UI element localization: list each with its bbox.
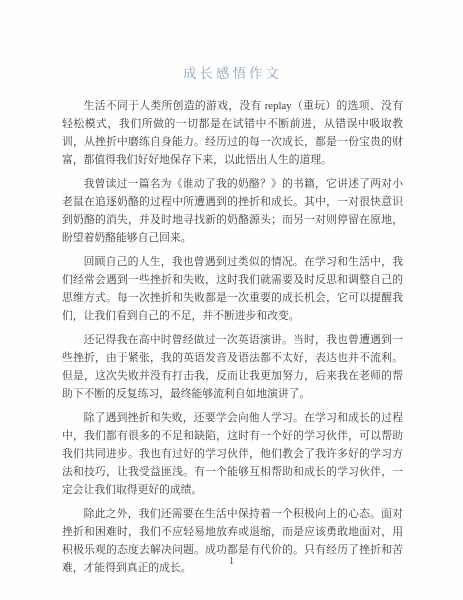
- essay-body: 生活不同于人类所创造的游戏，没有 replay（重玩）的选项、没有轻松模式，我们…: [62, 97, 403, 577]
- essay-paragraph: 还记得我在高中时曾经做过一次英语演讲。当时，我也曾遭遇到一些挫折，由于紧张，我的…: [62, 331, 403, 403]
- essay-paragraph: 回顾自己的人生，我也曾遇到过类似的情况。在学习和生活中，我们经常会遇到一些挫折和…: [62, 253, 403, 325]
- essay-paragraph: 生活不同于人类所创造的游戏，没有 replay（重玩）的选项、没有轻松模式，我们…: [62, 97, 403, 169]
- page-number: 1: [0, 556, 463, 567]
- essay-paragraph: 除了遇到挫折和失败，还要学会向他人学习。在学习和成长的过程中，我们都有很多的不足…: [62, 409, 403, 499]
- document-title: 成长感悟作文: [62, 62, 403, 82]
- document-page: 成长感悟作文 生活不同于人类所创造的游戏，没有 replay（重玩）的选项、没有…: [0, 0, 463, 600]
- essay-paragraph: 我曾读过一篇名为《谁动了我的奶酪？》的书籍，它讲述了两对小老鼠在追逐奶酪的过程中…: [62, 175, 403, 247]
